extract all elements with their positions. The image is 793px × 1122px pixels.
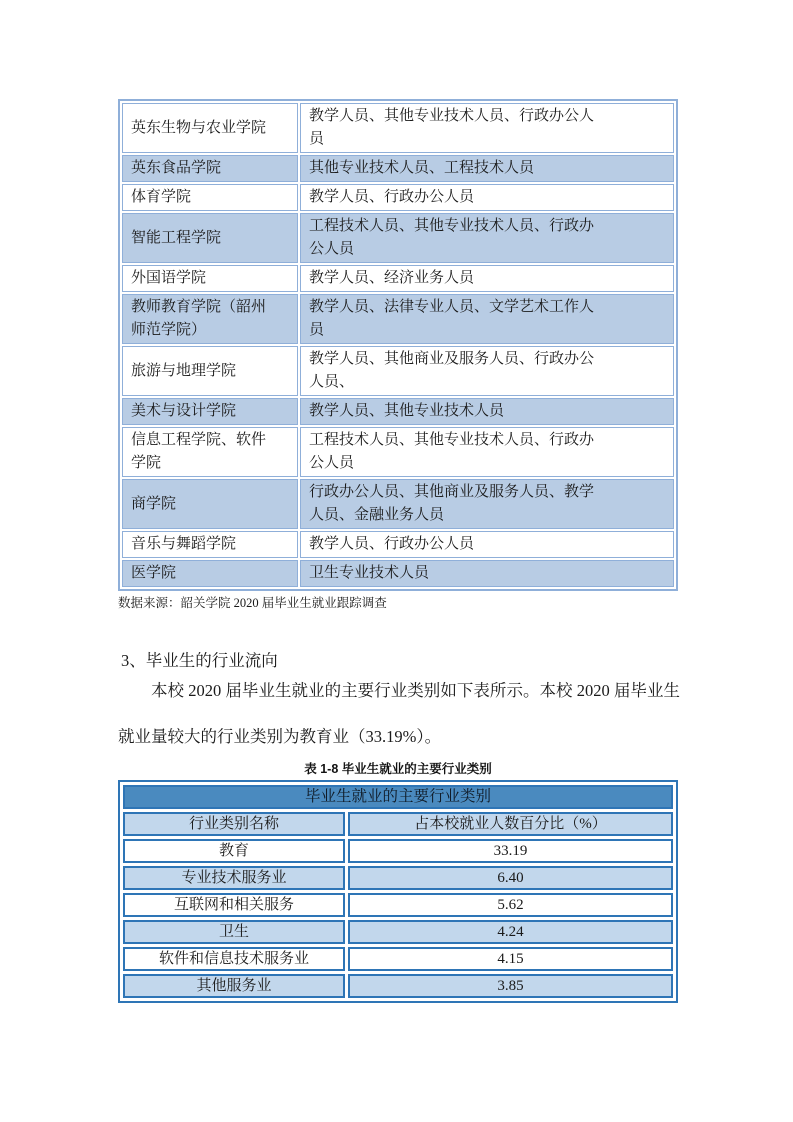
table-row: 音乐与舞蹈学院 教学人员、行政办公人员 xyxy=(122,531,674,558)
college-name-cell: 英东食品学院 xyxy=(122,155,298,182)
industry-name-cell: 软件和信息技术服务业 xyxy=(123,947,345,971)
college-name-cell: 旅游与地理学院 xyxy=(122,346,298,396)
percentage-header: 占本校就业人数百分比（%） xyxy=(348,812,673,836)
document-page: 英东生物与农业学院 教学人员、其他专业技术人员、行政办公人 员 英东食品学院 其… xyxy=(0,0,793,1122)
job-types-cell: 教学人员、其他专业技术人员、行政办公人 员 xyxy=(300,103,674,153)
table-row: 卫生 4.24 xyxy=(123,920,673,944)
industry-name-cell: 互联网和相关服务 xyxy=(123,893,345,917)
percentage-cell: 6.40 xyxy=(348,866,673,890)
percentage-cell: 3.85 xyxy=(348,974,673,998)
table-row: 体育学院 教学人员、行政办公人员 xyxy=(122,184,674,211)
college-name-cell: 英东生物与农业学院 xyxy=(122,103,298,153)
job-types-cell: 教学人员、法律专业人员、文学艺术工作人 员 xyxy=(300,294,674,344)
college-name-cell: 商学院 xyxy=(122,479,298,529)
job-types-cell: 教学人员、其他专业技术人员 xyxy=(300,398,674,425)
table-row: 外国语学院 教学人员、经济业务人员 xyxy=(122,265,674,292)
table-row: 英东生物与农业学院 教学人员、其他专业技术人员、行政办公人 员 xyxy=(122,103,674,153)
table-row: 互联网和相关服务 5.62 xyxy=(123,893,673,917)
job-types-cell: 工程技术人员、其他专业技术人员、行政办 公人员 xyxy=(300,213,674,263)
industry-name-cell: 卫生 xyxy=(123,920,345,944)
college-name-cell: 外国语学院 xyxy=(122,265,298,292)
data-source-note: 数据来源：韶关学院 2020 届毕业生就业跟踪调查 xyxy=(118,595,678,611)
college-job-types-table: 英东生物与农业学院 教学人员、其他专业技术人员、行政办公人 员 英东食品学院 其… xyxy=(118,99,678,591)
industry-category-table: 毕业生就业的主要行业类别 行业类别名称 占本校就业人数百分比（%） 教育 33.… xyxy=(118,780,678,1003)
job-types-cell: 教学人员、其他商业及服务人员、行政办公 人员、 xyxy=(300,346,674,396)
college-name-cell: 美术与设计学院 xyxy=(122,398,298,425)
college-name-cell: 智能工程学院 xyxy=(122,213,298,263)
table-row: 其他服务业 3.85 xyxy=(123,974,673,998)
table-row: 专业技术服务业 6.40 xyxy=(123,866,673,890)
industry-name-header: 行业类别名称 xyxy=(123,812,345,836)
job-types-cell: 行政办公人员、其他商业及服务人员、教学 人员、金融业务人员 xyxy=(300,479,674,529)
table-row: 信息工程学院、软件 学院 工程技术人员、其他专业技术人员、行政办 公人员 xyxy=(122,427,674,477)
table-row: 英东食品学院 其他专业技术人员、工程技术人员 xyxy=(122,155,674,182)
college-name-cell: 教师教育学院（韶州 师范学院） xyxy=(122,294,298,344)
job-types-cell: 卫生专业技术人员 xyxy=(300,560,674,587)
table-row: 教育 33.19 xyxy=(123,839,673,863)
table-row: 智能工程学院 工程技术人员、其他专业技术人员、行政办 公人员 xyxy=(122,213,674,263)
college-name-cell: 音乐与舞蹈学院 xyxy=(122,531,298,558)
percentage-cell: 4.24 xyxy=(348,920,673,944)
table-title-row: 毕业生就业的主要行业类别 xyxy=(123,785,673,809)
table-caption: 表 1-8 毕业生就业的主要行业类别 xyxy=(118,759,678,777)
column-header-row: 行业类别名称 占本校就业人数百分比（%） xyxy=(123,812,673,836)
industry-name-cell: 其他服务业 xyxy=(123,974,345,998)
percentage-cell: 4.15 xyxy=(348,947,673,971)
table-row: 旅游与地理学院 教学人员、其他商业及服务人员、行政办公 人员、 xyxy=(122,346,674,396)
table-row: 软件和信息技术服务业 4.15 xyxy=(123,947,673,971)
percentage-cell: 33.19 xyxy=(348,839,673,863)
table-row: 医学院 卫生专业技术人员 xyxy=(122,560,674,587)
body-paragraph: 本校 2020 届毕业生就业的主要行业类别如下表所示。本校 2020 届毕业生就… xyxy=(118,668,680,760)
job-types-cell: 工程技术人员、其他专业技术人员、行政办 公人员 xyxy=(300,427,674,477)
job-types-cell: 教学人员、经济业务人员 xyxy=(300,265,674,292)
table-row: 教师教育学院（韶州 师范学院） 教学人员、法律专业人员、文学艺术工作人 员 xyxy=(122,294,674,344)
industry-name-cell: 教育 xyxy=(123,839,345,863)
job-types-cell: 教学人员、行政办公人员 xyxy=(300,184,674,211)
college-name-cell: 体育学院 xyxy=(122,184,298,211)
table-title: 毕业生就业的主要行业类别 xyxy=(123,785,673,809)
job-types-cell: 其他专业技术人员、工程技术人员 xyxy=(300,155,674,182)
percentage-cell: 5.62 xyxy=(348,893,673,917)
table-row: 美术与设计学院 教学人员、其他专业技术人员 xyxy=(122,398,674,425)
college-name-cell: 信息工程学院、软件 学院 xyxy=(122,427,298,477)
table-row: 商学院 行政办公人员、其他商业及服务人员、教学 人员、金融业务人员 xyxy=(122,479,674,529)
industry-name-cell: 专业技术服务业 xyxy=(123,866,345,890)
college-name-cell: 医学院 xyxy=(122,560,298,587)
job-types-cell: 教学人员、行政办公人员 xyxy=(300,531,674,558)
